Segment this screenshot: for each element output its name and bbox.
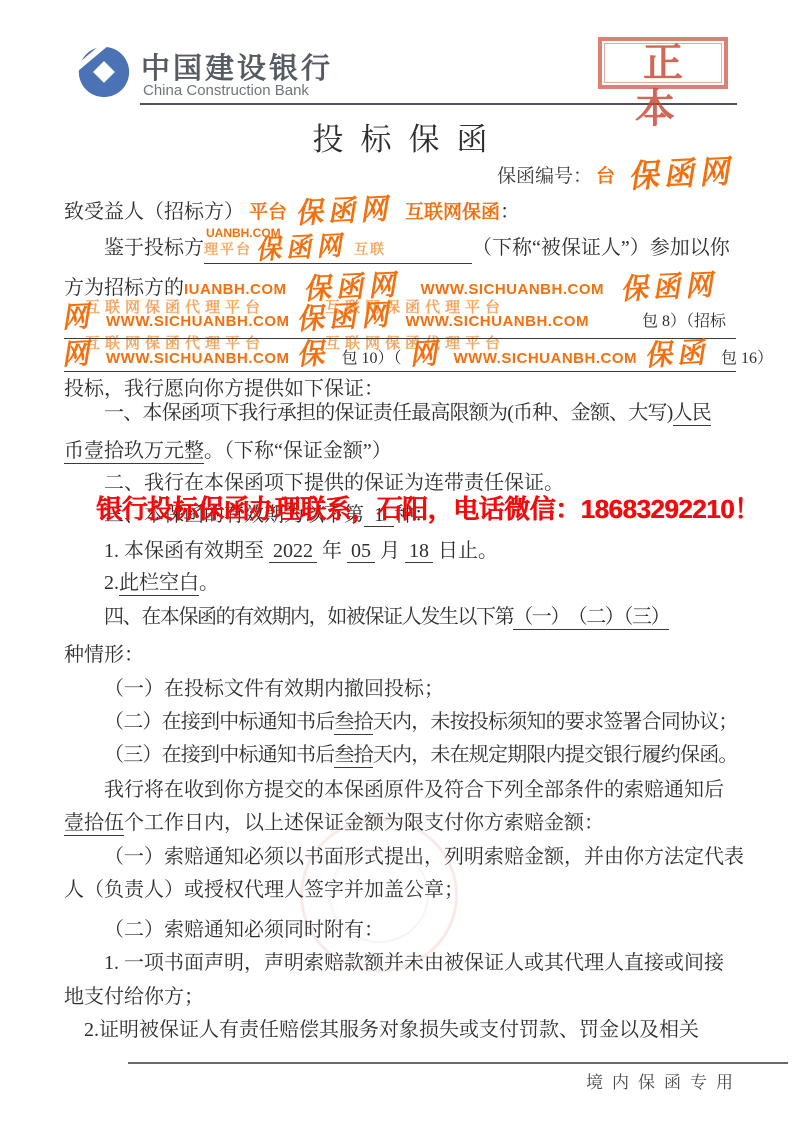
text: 四、在本保函的有效期内，如被保证人发生以下第 [104, 606, 513, 628]
text: 包 16） [721, 345, 773, 368]
line-package-10-16: 网 WWW.SICHUANBH.COM 保 包 10）（ 网 WWW.SICHU… [64, 341, 736, 372]
line-claim-notice-1b: 人（负责人）或授权代理人签字并加盖公章； [64, 878, 736, 902]
line-clause-1: 一、本保函项下我行承担的保证责任最高限额为(币种、金额、大写)人民 [64, 401, 776, 425]
watermark-brand: 保函网 [620, 270, 722, 304]
document-title: 投标保函 [0, 114, 800, 159]
underlined-value: 壹拾伍 [64, 812, 124, 836]
line-amount: 币壹拾玖万元整。（下称“保证金额”） [64, 439, 736, 463]
text: 天内，未在规定期限内提交银行履约保函。 [373, 744, 738, 766]
text: 包 8）（招标 [642, 308, 726, 331]
text: 2. [104, 572, 119, 594]
underlined-value: 币壹拾玖万元整 [64, 440, 204, 464]
red-ad-overlay-text: 银行投标保函办理联系，石阳，电话微信：18683292210！ [96, 489, 760, 526]
line-package-8: 网 WWW.SICHUANBH.COM 保函网 WWW.SICHUANBH.CO… [64, 304, 736, 339]
line-claim-notice-2: （二）索赔通知必须同时附有： [64, 918, 776, 942]
text: （二）在接到中标通知书后 [104, 711, 334, 733]
underlined-value: 此栏空白 [119, 572, 199, 596]
watermark-brand-char: 网 [409, 339, 446, 370]
line-working-days: 壹拾伍个工作日内，以上述保证金额为限支付你方索赔金额： [64, 811, 736, 835]
watermark-brand: 保函网 [297, 300, 399, 334]
line-validity-date: 1. 本保函有效期至 2022 年 05 月 18 日止。 [64, 539, 776, 563]
underlined-value: 叁拾 [334, 711, 372, 735]
guarantee-number-row: 保函编号： 台 保函网 [64, 160, 736, 190]
underlined-value: 叁拾 [334, 744, 372, 768]
underlined-month: 05 [347, 540, 375, 563]
text: 致受益人（招标方） [64, 201, 244, 223]
watermarked-blank: UANBH.COM理平台保函网互联 [204, 236, 472, 264]
line-beneficiary: 致受益人（招标方） 平台 保函网 互联网保函： [64, 198, 736, 222]
watermark-brand-char: 网 [62, 302, 99, 333]
bank-name-english: China Construction Bank [143, 82, 309, 99]
watermark-url: WWW.SICHUANBH.COM [421, 281, 604, 298]
line-situation-3: （三）在接到中标通知书后叁拾天内，未在规定期限内提交银行履约保函。 [64, 743, 776, 767]
original-copy-stamp: 正本 [598, 37, 728, 89]
watermark-text: 平台 [249, 202, 287, 223]
watermark-brand-short: 保 [297, 339, 334, 370]
text: （三）在接到中标通知书后 [104, 744, 334, 766]
document-page: 中国建设银行 China Construction Bank 正本 投标保函 保… [0, 0, 800, 1131]
watermark-brand: 保函网 [628, 156, 739, 194]
underlined-value: 人民 [673, 402, 711, 426]
text: 。（下称“保证金额”） [204, 440, 392, 462]
watermark-text: 互联网保函 [405, 202, 500, 223]
line-statement-2: 2.证明被保证人有责任赔偿其服务对象损失或支付罚款、罚金以及相关 [64, 1018, 756, 1042]
line-situation-1: （一）在投标文件有效期内撤回投标； [64, 677, 776, 701]
line-blank-option: 2.此栏空白。 [64, 571, 776, 595]
line-statement-1b: 地支付给你方； [64, 985, 736, 1009]
underlined-value: （一） （二）（三） [513, 606, 669, 630]
watermark-brand-mid: 保函 [644, 338, 713, 370]
watermark-url: WWW.SICHUANBH.COM [454, 350, 637, 367]
watermark-prefix: 台 [596, 166, 615, 187]
ccb-logo-icon [74, 42, 132, 100]
watermark-url: WWW.SICHUANBH.COM [405, 313, 588, 330]
watermark-brand: 保函网 [255, 233, 350, 265]
line-clause-4: 四、在本保函的有效期内，如被保证人发生以下第（一） （二）（三） [64, 605, 776, 629]
footer-divider [128, 1062, 788, 1064]
watermark-brand: 保函网 [295, 194, 397, 228]
watermark-url-fragment: IUANBH.COM [184, 281, 287, 298]
guarantee-number-label: 保函编号： [497, 166, 592, 187]
text: 年 [322, 540, 342, 562]
line-bid-we-provide: 投标，我行愿向你方提供如下保证： [64, 377, 736, 401]
line-statement-1: 1. 一项书面声明，声明索赔款额并未由被保证人或其代理人直接或间接 [64, 951, 776, 975]
line-situation-2: （二）在接到中标通知书后叁拾天内，未按投标须知的要求签署合同协议； [64, 710, 776, 734]
line-claim-intro: 我行将在收到你方提交的本保函原件及符合下列全部条件的索赔通知后 [64, 778, 776, 802]
text: （下称“被保证人”）参加以你 [472, 237, 730, 259]
bank-name-chinese: 中国建设银行 [141, 46, 333, 87]
text: 包 10）（ [341, 345, 401, 368]
watermark-agency-fragment: 互联 [354, 243, 386, 258]
text: 1. 本保函有效期至 [104, 540, 264, 562]
text: 月 [380, 540, 400, 562]
text: 个工作日内，以上述保证金额为限支付你方索赔金额： [124, 812, 604, 834]
text: ： [500, 201, 520, 223]
watermark-url: WWW.SICHUANBH.COM [106, 313, 289, 330]
line-claim-notice-1: （一）索赔通知必须以书面形式提出，列明索赔金额，并由你方法定代表 [64, 845, 776, 869]
watermark-brand-char: 网 [62, 339, 99, 370]
text: 。 [199, 572, 219, 594]
line-whereas-bidder: 鉴于投标方UANBH.COM理平台保函网互联（下称“被保证人”）参加以你 [64, 236, 776, 260]
text: 天内，未按投标须知的要求签署合同协议； [373, 711, 738, 733]
watermark-url: WWW.SICHUANBH.COM [106, 350, 289, 367]
footer-label: 境内保函专用 [586, 1068, 742, 1093]
text: 一、本保函项下我行承担的保证责任最高限额为(币种、金额、大写) [104, 402, 673, 424]
text: 方为招标方的 [64, 277, 184, 299]
underlined-day: 18 [405, 540, 433, 563]
line-tender-of: 方为招标方的IUANBH.COM 保函网 WWW.SICHUANBH.COM 保… [64, 274, 736, 298]
text: 鉴于投标方 [104, 237, 204, 259]
text: 日止。 [438, 540, 498, 562]
line-situations: 种情形： [64, 643, 736, 667]
watermark-agency-fragment: 理平台 [204, 243, 252, 258]
underlined-year: 2022 [269, 540, 317, 563]
